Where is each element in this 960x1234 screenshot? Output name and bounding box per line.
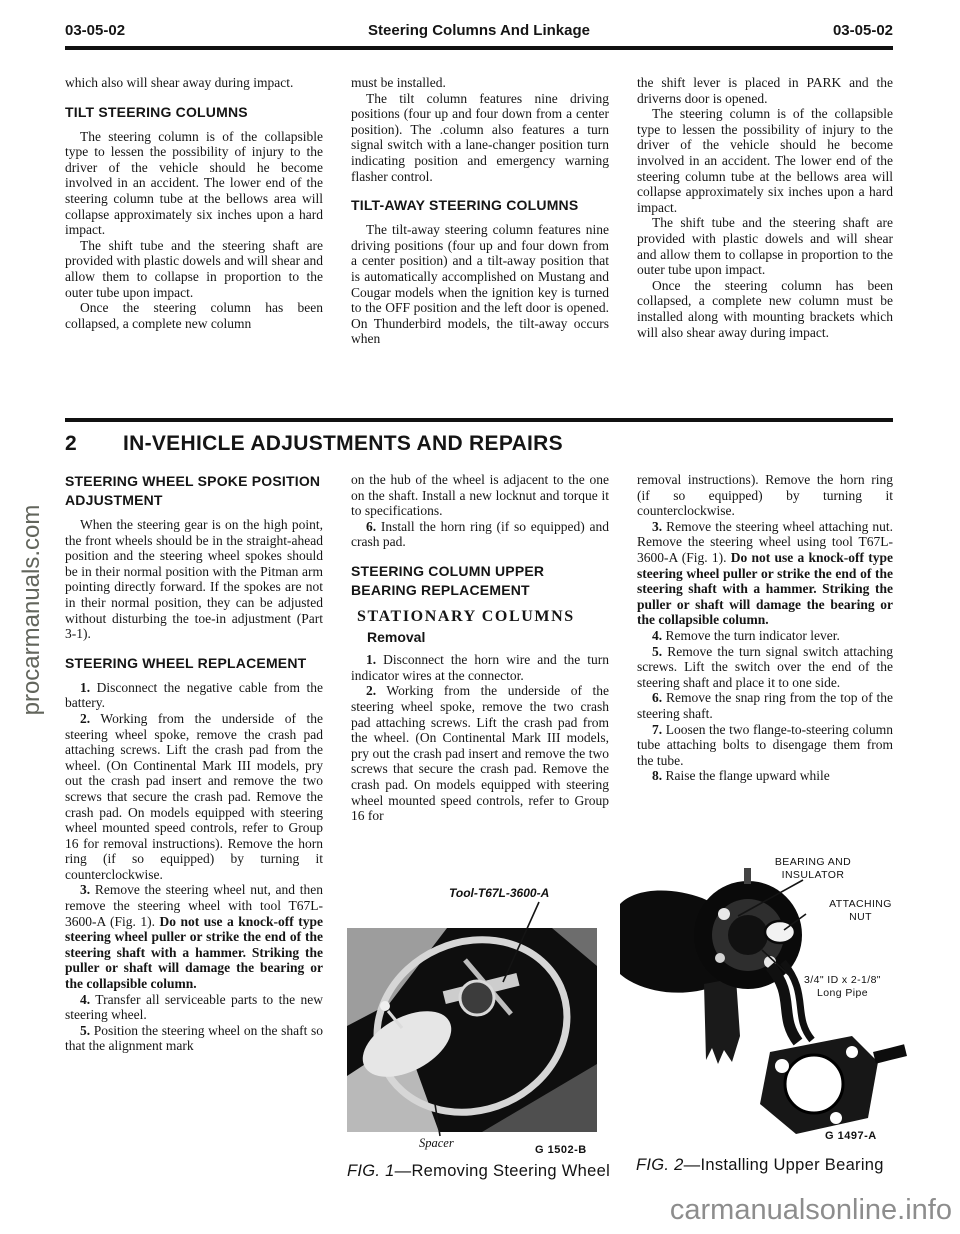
text-run: 5.	[80, 1023, 90, 1038]
paragraph: 4. Transfer all serviceable parts to the…	[65, 992, 323, 1023]
top-section-column-2: must be installed.The tilt column featur…	[351, 75, 609, 347]
paragraph: Once the steering column has been collap…	[65, 300, 323, 331]
text-run: Disconnect the horn wire and the turn in…	[351, 652, 609, 683]
watermark-procarmanuals: procarmanuals.com	[18, 479, 46, 741]
text-run: The tilt-away steering column features n…	[351, 222, 609, 346]
text-run: Once the steering column has been collap…	[65, 300, 323, 331]
fig1-code: G 1502-B	[535, 1144, 587, 1156]
paragraph: 8. Raise the flange upward while	[637, 768, 893, 784]
text-run: removal instructions). Remove the horn r…	[637, 472, 893, 518]
text-run: Working from the underside of the steeri…	[351, 683, 609, 823]
section2-column-3: removal instructions). Remove the horn r…	[637, 472, 893, 784]
text-run: 1.	[80, 680, 90, 695]
manual-page: 03-05-02 Steering Columns And Linkage 03…	[0, 0, 960, 1234]
text-run: 3.	[652, 519, 662, 534]
fig2-bearing-callout: BEARING AND INSULATOR	[738, 856, 888, 882]
text-run: Once the steering column has been collap…	[637, 278, 893, 340]
paragraph: 1. Disconnect the negative cable from th…	[65, 680, 323, 711]
fig2-pipe-callout: 3/4" ID x 2-1/8" Long Pipe	[780, 974, 905, 1000]
text-run: which also will shear away during impact…	[65, 75, 293, 90]
heading: TILT-AWAY STEERING COLUMNS	[351, 196, 609, 215]
section2-column-1: STEERING WHEEL SPOKE POSITION ADJUSTMENT…	[65, 472, 323, 1054]
fig2-caption: FIG. 2—Installing Upper Bearing	[636, 1156, 884, 1175]
text-run: Loosen the two flange-to-steering column…	[637, 722, 893, 768]
paragraph: which also will shear away during impact…	[65, 75, 323, 91]
heading: Removal	[367, 630, 609, 646]
paragraph: on the hub of the wheel is adjacent to t…	[351, 472, 609, 519]
section2-column-2: on the hub of the wheel is adjacent to t…	[351, 472, 609, 824]
text-run: Raise the flange upward while	[662, 768, 830, 783]
paragraph: The steering column is of the collapsibl…	[637, 106, 893, 215]
text-run: The tilt column features nine driving po…	[351, 91, 609, 184]
text-run: 6.	[366, 519, 376, 534]
paragraph: 6. Install the horn ring (if so equipped…	[351, 519, 609, 550]
figure-1: Tool-T67L-3600-A Spacer G 1502-B FIG. 1—…	[347, 886, 605, 1196]
text-run: Disconnect the negative cable from the b…	[65, 680, 323, 711]
top-section-column-3: the shift lever is placed in PARK and th…	[637, 75, 893, 340]
page-number-right: 03-05-02	[833, 22, 893, 39]
watermark-carmanualsonline: carmanualsonline.info	[670, 1194, 952, 1227]
paragraph: When the steering gear is on the high po…	[65, 517, 323, 642]
fig2-nut-line2: NUT	[808, 911, 913, 924]
paragraph: Once the steering column has been collap…	[637, 278, 893, 340]
fig1-tool-callout: Tool-T67L-3600-A	[449, 886, 549, 900]
fig2-nut-line1: ATTACHING	[808, 898, 913, 911]
paragraph: must be installed.	[351, 75, 609, 91]
paragraph: The shift tube and the steering shaft ar…	[637, 215, 893, 277]
text-run: 7.	[652, 722, 662, 737]
fig2-bearing-line1: BEARING AND	[738, 856, 888, 869]
text-run: STEERING COLUMN UPPER BEARING REPLACEMEN…	[351, 563, 544, 598]
text-run: on the hub of the wheel is adjacent to t…	[351, 472, 609, 518]
figure-1-photo	[347, 886, 605, 1154]
text-run: Working from the underside of the steeri…	[65, 711, 323, 882]
text-run: Remove the turn indicator lever.	[662, 628, 840, 643]
text-run: TILT STEERING COLUMNS	[65, 104, 248, 120]
heading: STEERING COLUMN UPPER BEARING REPLACEMEN…	[351, 562, 609, 600]
text-run: STEERING WHEEL REPLACEMENT	[65, 655, 306, 671]
fig2-pipe-line2: Long Pipe	[780, 987, 905, 1000]
text-run: 2.	[80, 711, 90, 726]
text-run: 1.	[366, 652, 376, 667]
fig1-spacer-callout: Spacer	[419, 1136, 454, 1151]
fig2-number: FIG. 2	[636, 1156, 684, 1174]
text-run: must be installed.	[351, 75, 446, 90]
paragraph: 7. Loosen the two flange-to-steering col…	[637, 722, 893, 769]
section-title: 2IN-VEHICLE ADJUSTMENTS AND REPAIRS	[65, 432, 893, 456]
text-run: The steering column is of the collapsibl…	[637, 106, 893, 215]
text-run: The shift tube and the steering shaft ar…	[65, 238, 323, 300]
paragraph: 3. Remove the steering wheel nut, and th…	[65, 882, 323, 991]
paragraph: 5. Remove the turn signal switch attachi…	[637, 644, 893, 691]
text-run: Install the horn ring (if so equipped) a…	[351, 519, 609, 550]
section-title-text: IN-VEHICLE ADJUSTMENTS AND REPAIRS	[123, 432, 563, 455]
heading: STEERING WHEEL SPOKE POSITION ADJUSTMENT	[65, 472, 323, 510]
heading: STEERING WHEEL REPLACEMENT	[65, 654, 323, 673]
text-run: 6.	[652, 690, 662, 705]
text-run: TILT-AWAY STEERING COLUMNS	[351, 197, 578, 213]
paragraph: 1. Disconnect the horn wire and the turn…	[351, 652, 609, 683]
text-run: Remove the turn signal switch attaching …	[637, 644, 893, 690]
text-run: Position the steering wheel on the shaft…	[65, 1023, 323, 1054]
page-header: 03-05-02 Steering Columns And Linkage 03…	[65, 22, 893, 44]
text-run: 2.	[366, 683, 376, 698]
text-run: the shift lever is placed in PARK and th…	[637, 75, 893, 106]
top-section-column-1: which also will shear away during impact…	[65, 75, 323, 331]
text-run: 4.	[80, 992, 90, 1007]
section-number: 2	[65, 432, 77, 456]
paragraph: The shift tube and the steering shaft ar…	[65, 238, 323, 300]
paragraph: 5. Position the steering wheel on the sh…	[65, 1023, 323, 1054]
paragraph: 2. Working from the underside of the ste…	[351, 683, 609, 823]
paragraph: The steering column is of the collapsibl…	[65, 129, 323, 238]
paragraph: 6. Remove the snap ring from the top of …	[637, 690, 893, 721]
fig1-caption-text: —Removing Steering Wheel	[395, 1162, 610, 1180]
fig1-number: FIG. 1	[347, 1162, 395, 1180]
fig1-caption: FIG. 1—Removing Steering Wheel	[347, 1162, 610, 1181]
figure-2: BEARING AND INSULATOR ATTACHING NUT 3/4"…	[620, 856, 920, 1192]
heading: TILT STEERING COLUMNS	[65, 103, 323, 122]
text-run: 8.	[652, 768, 662, 783]
text-run: The shift tube and the steering shaft ar…	[637, 215, 893, 277]
paragraph: The tilt column features nine driving po…	[351, 91, 609, 185]
text-run: Transfer all serviceable parts to the ne…	[65, 992, 323, 1023]
text-run: 3.	[80, 882, 90, 897]
paragraph: 2. Working from the underside of the ste…	[65, 711, 323, 883]
text-run: The steering column is of the collapsibl…	[65, 129, 323, 238]
fig2-bearing-line2: INSULATOR	[738, 869, 888, 882]
text-run: 4.	[652, 628, 662, 643]
header-rule	[65, 46, 893, 50]
text-run: 5.	[652, 644, 662, 659]
text-run: Removal	[367, 629, 425, 645]
paragraph: The tilt-away steering column features n…	[351, 222, 609, 347]
fig2-caption-text: —Installing Upper Bearing	[684, 1156, 884, 1174]
text-run: STEERING WHEEL SPOKE POSITION ADJUSTMENT	[65, 473, 320, 508]
paragraph: the shift lever is placed in PARK and th…	[637, 75, 893, 106]
paragraph: removal instructions). Remove the horn r…	[637, 472, 893, 519]
text-run: When the steering gear is on the high po…	[65, 517, 323, 641]
text-run: STATIONARY COLUMNS	[357, 608, 575, 625]
section-rule	[65, 418, 893, 422]
paragraph: 4. Remove the turn indicator lever.	[637, 628, 893, 644]
fig2-pipe-line1: 3/4" ID x 2-1/8"	[780, 974, 905, 987]
fig2-nut-callout: ATTACHING NUT	[808, 898, 913, 924]
heading: STATIONARY COLUMNS	[357, 609, 609, 625]
paragraph: 3. Remove the steering wheel attaching n…	[637, 519, 893, 628]
text-run: Remove the snap ring from the top of the…	[637, 690, 893, 721]
page-title: Steering Columns And Linkage	[65, 22, 893, 39]
fig2-code: G 1497-A	[825, 1130, 877, 1142]
